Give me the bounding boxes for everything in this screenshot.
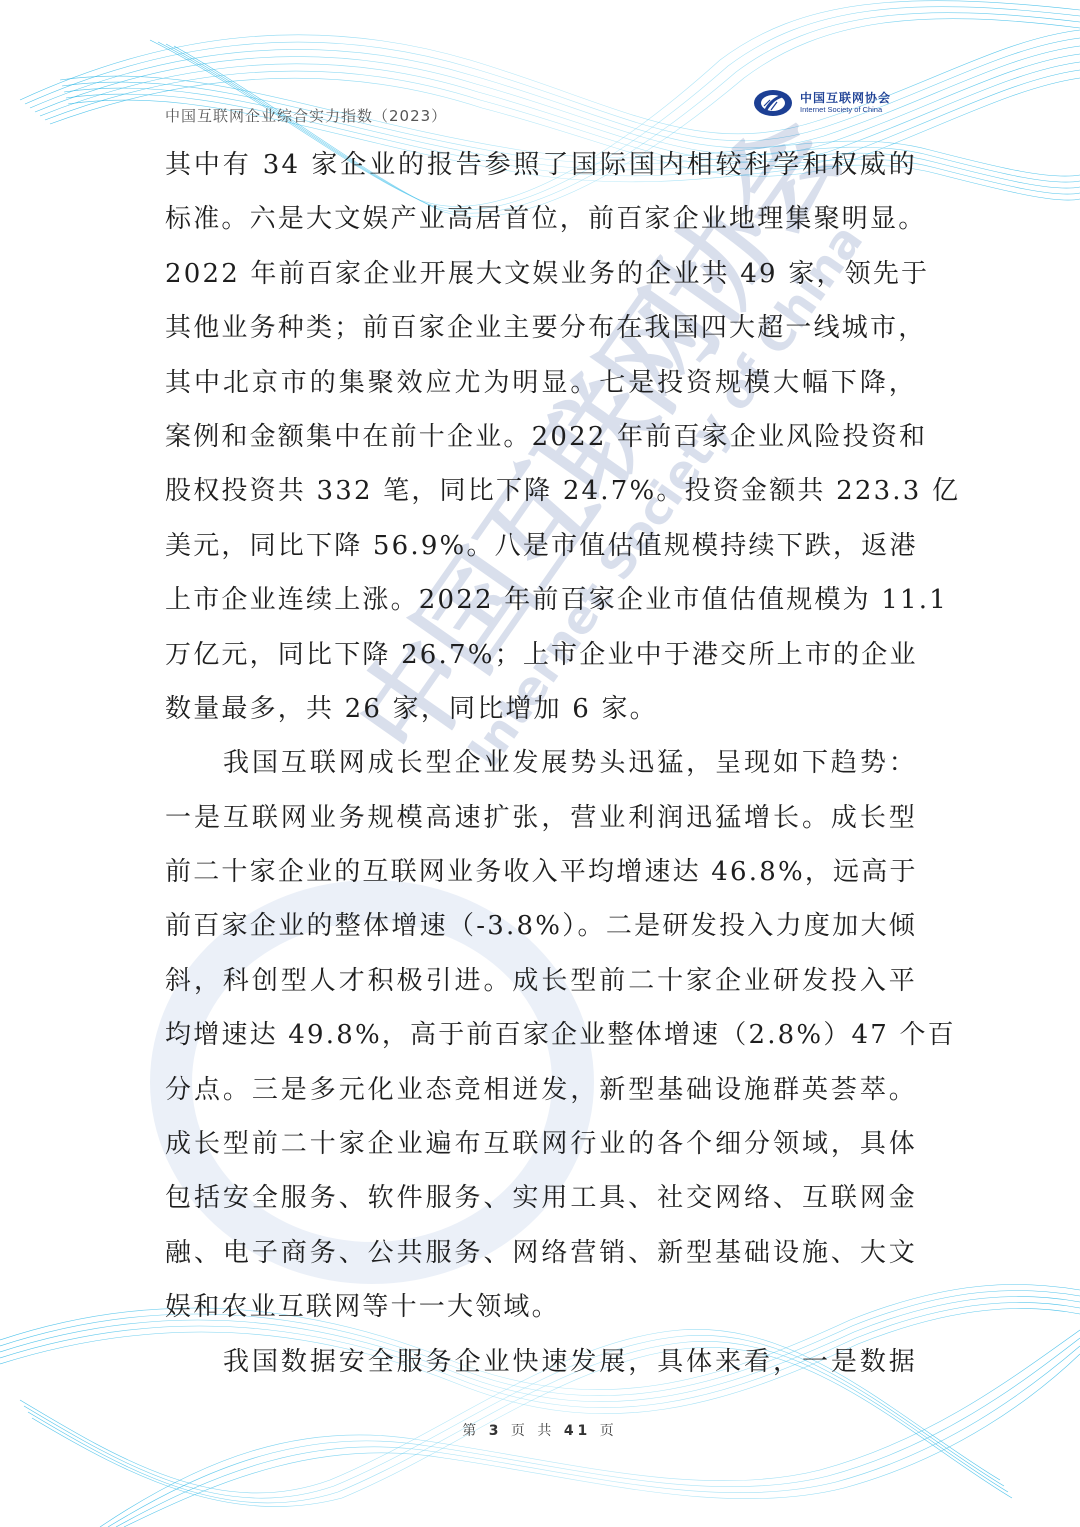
body-text-line: 数量最多，共 26 家，同比增加 6 家。: [165, 682, 917, 736]
logo-en-text: Internet Society of China: [800, 106, 891, 114]
body-text-line: 均增速达 49.8%，高于前百家企业整体增速（2.8%）47 个百: [165, 1008, 917, 1062]
body-text-line: 前百家企业的整体增速（-3.8%）。二是研发投入力度加大倾: [165, 899, 917, 953]
body-text-line: 成长型前二十家企业遍布互联网行业的各个细分领域，具体: [165, 1117, 917, 1171]
body-text-line: 股权投资共 332 笔，同比下降 24.7%。投资金额共 223.3 亿: [165, 464, 917, 518]
body-text-line: 包括安全服务、软件服务、实用工具、社交网络、互联网金: [165, 1171, 917, 1225]
body-text-line: 我国互联网成长型企业发展势头迅猛，呈现如下趋势：: [165, 736, 917, 790]
footer-prefix: 第: [462, 1423, 480, 1439]
body-text-line: 斜，科创型人才积极引进。成长型前二十家企业研发投入平: [165, 954, 917, 1008]
running-header-title: 中国互联网企业综合实力指数（2023）: [165, 105, 447, 126]
body-text-line: 万亿元，同比下降 26.7%；上市企业中于港交所上市的企业: [165, 628, 917, 682]
page-footer: 第 3 页 共 41 页: [0, 1420, 1080, 1440]
body-text-line: 融、电子商务、公共服务、网络营销、新型基础设施、大文: [165, 1226, 917, 1280]
isc-logo: 中国互联网协会 Internet Society of China: [752, 88, 891, 118]
logo-cn-text: 中国互联网协会: [800, 92, 891, 104]
body-text-line: 上市企业连续上涨。2022 年前百家企业市值估值规模为 11.1: [165, 573, 917, 627]
footer-suffix: 页: [600, 1423, 618, 1439]
isc-logo-icon: [752, 88, 794, 118]
body-text-line: 案例和金额集中在前十企业。2022 年前百家企业风险投资和: [165, 410, 917, 464]
body-text-line: 其中北京市的集聚效应尤为明显。七是投资规模大幅下降，: [165, 356, 917, 410]
body-text-line: 其他业务种类；前百家企业主要分布在我国四大超一线城市，: [165, 301, 917, 355]
body-text-line: 2022 年前百家企业开展大文娱业务的企业共 49 家，领先于: [165, 247, 917, 301]
total-pages-number: 41: [564, 1423, 591, 1439]
current-page-number: 3: [489, 1423, 503, 1439]
body-text-line: 分点。三是多元化业态竞相迸发，新型基础设施群英荟萃。: [165, 1063, 917, 1117]
body-text-line: 标准。六是大文娱产业高居首位，前百家企业地理集聚明显。: [165, 192, 917, 246]
body-text-line: 美元，同比下降 56.9%。八是市值估值规模持续下跌，返港: [165, 519, 917, 573]
body-text-line: 我国数据安全服务企业快速发展，具体来看，一是数据: [165, 1335, 917, 1389]
body-text-line: 其中有 34 家企业的报告参照了国际国内相较科学和权威的: [165, 138, 917, 192]
body-text-line: 娱和农业互联网等十一大领域。: [165, 1280, 917, 1334]
footer-middle: 页 共: [511, 1423, 555, 1439]
body-text-line: 一是互联网业务规模高速扩张，营业利润迅猛增长。成长型: [165, 791, 917, 845]
document-body: 其中有 34 家企业的报告参照了国际国内相较科学和权威的标准。六是大文娱产业高居…: [165, 138, 917, 1389]
body-text-line: 前二十家企业的互联网业务收入平均增速达 46.8%，远高于: [165, 845, 917, 899]
